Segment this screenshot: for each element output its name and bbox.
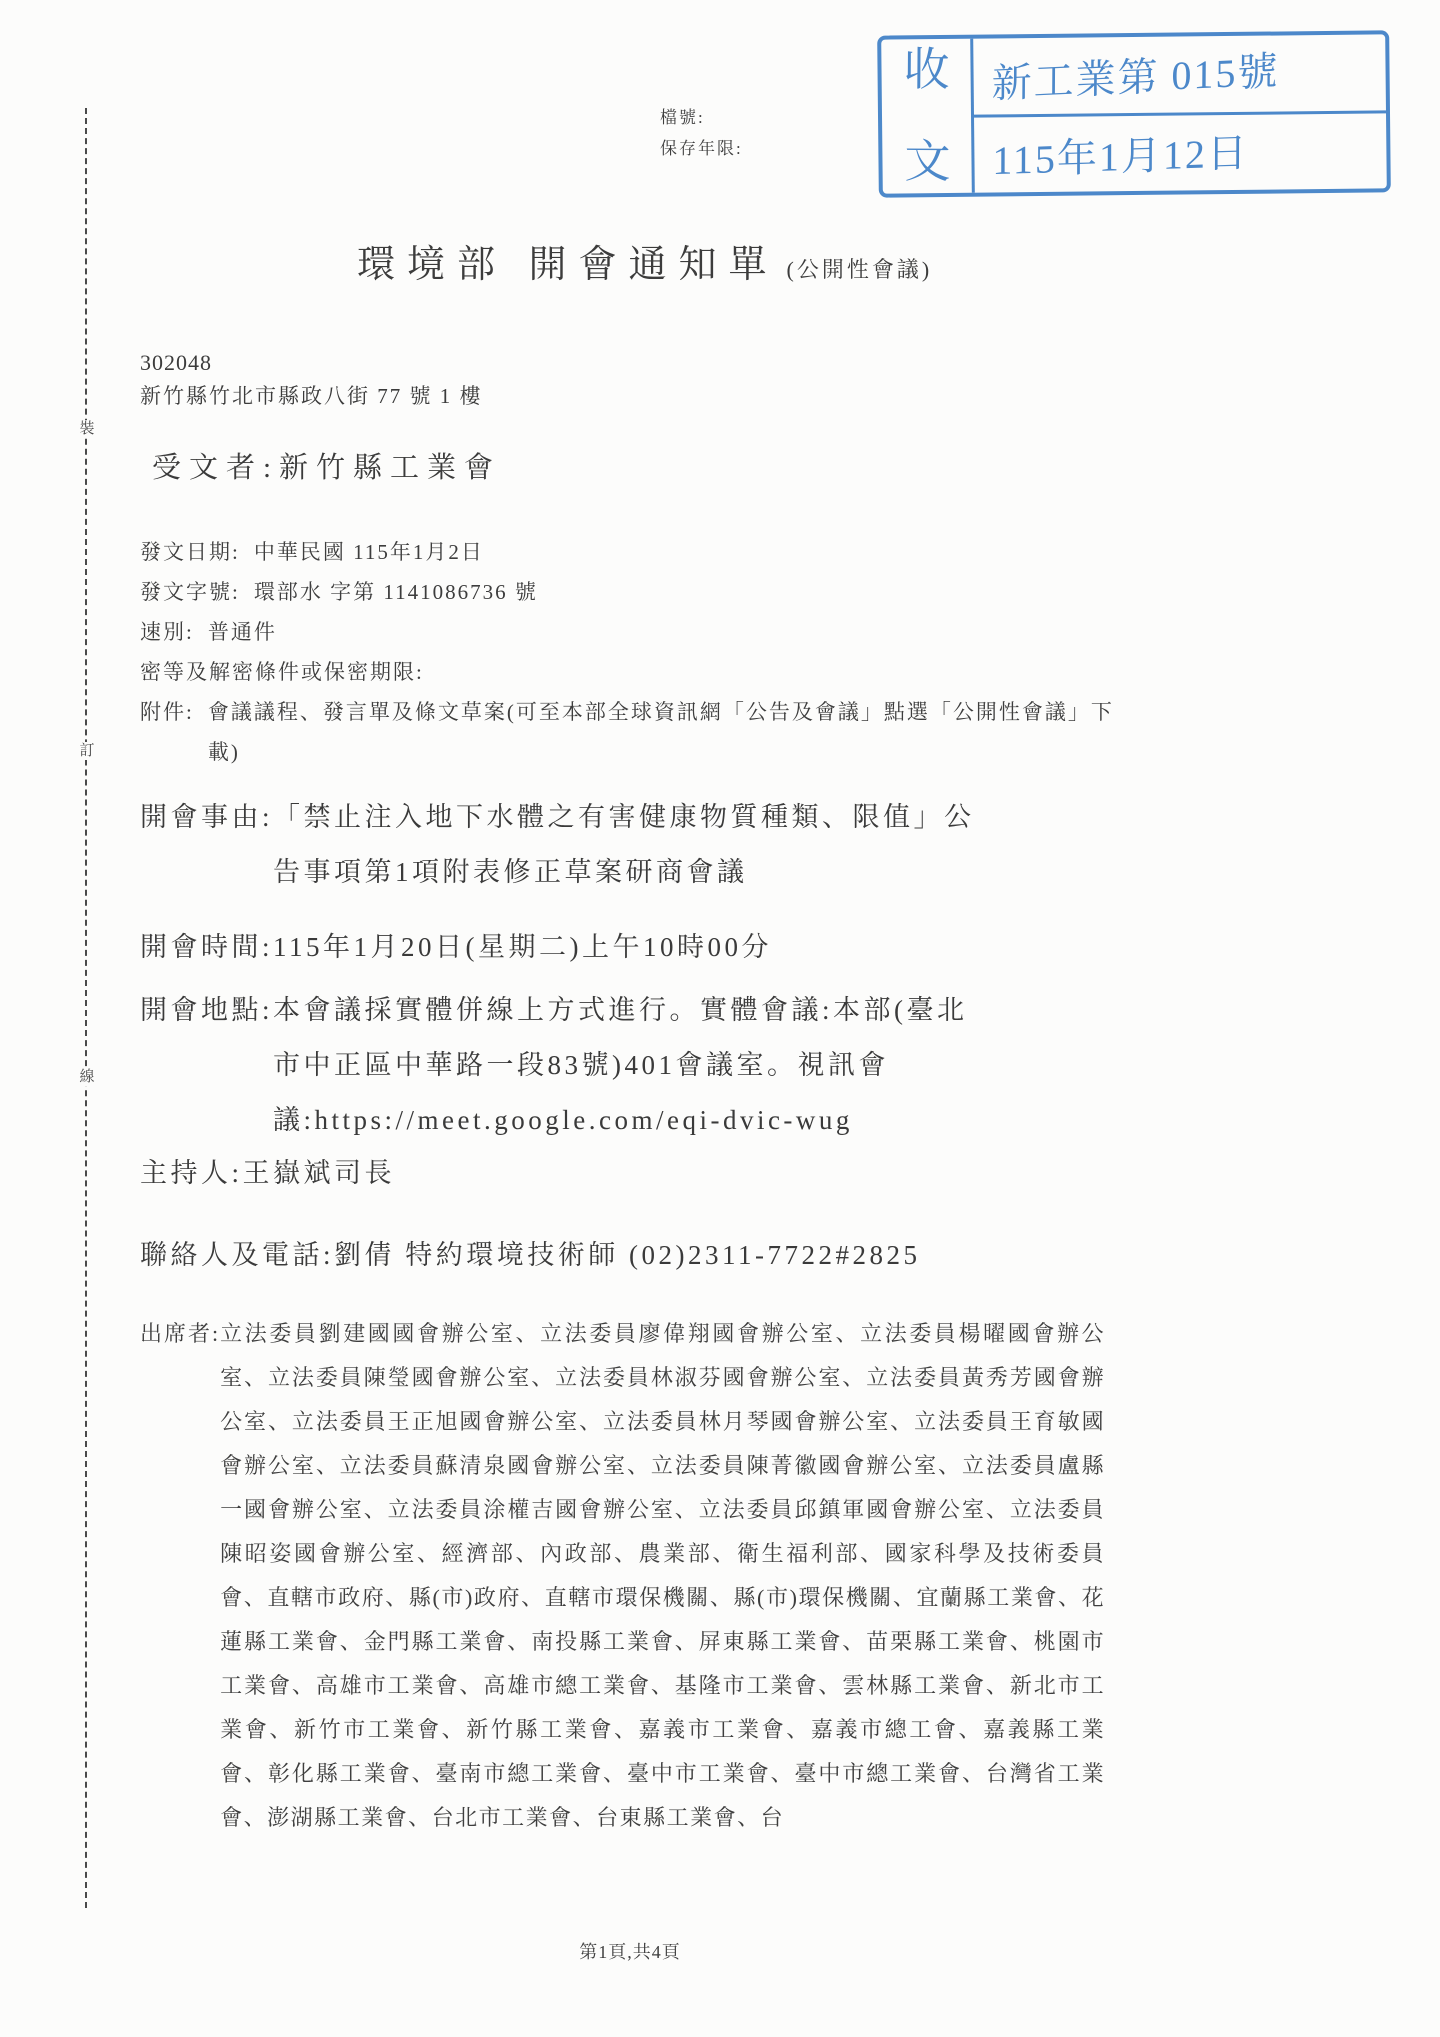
document-meta-block: 發文日期: 中華民國 115年1月2日 發文字號: 環部水 字第 1141086… <box>140 532 1220 772</box>
attendees-list: 立法委員劉建國國會辦公室、立法委員廖偉翔國會辦公室、立法委員楊曜國會辦公室、立法… <box>220 1312 1105 1840</box>
meeting-place-section: 開會地點: 本會議採實體併線上方式進行。實體會議:本部(臺北市中正區中華路一段8… <box>140 983 993 1148</box>
document-page: 裝 訂 線 收 文 新工業第 015號 115年1月12日 檔號: 保存年限: … <box>0 0 1440 2037</box>
meta-row-attachment: 附件: 會議議程、發言單及條文草案(可至本部全球資訊網「公告及會議」點選「公開性… <box>140 692 1220 772</box>
stamp-char-document: 文 <box>904 139 950 185</box>
page-number: 第1頁,共4頁 <box>470 1938 790 1964</box>
doc-number-label: 發文字號: <box>140 572 240 612</box>
postal-code: 302048 <box>140 350 212 376</box>
receive-stamp-label-column: 收 文 <box>881 39 975 194</box>
meeting-subject-section: 開會事由: 「禁止注入地下水體之有害健康物質種類、限值」公告事項第1項附表修正草… <box>140 790 993 900</box>
meeting-chair-value: 王嶽斌司長 <box>243 1150 396 1196</box>
meta-row-issue-date: 發文日期: 中華民國 115年1月2日 <box>140 532 1220 572</box>
receive-stamp-box: 收 文 新工業第 015號 115年1月12日 <box>877 30 1391 197</box>
issue-date-label: 發文日期: <box>140 532 240 572</box>
attachment-value: 會議議程、發言單及條文草案(可至本部全球資訊網「公告及會議」點選「公開性會議」下… <box>208 692 1123 772</box>
binding-mark-zhuang: 裝 <box>74 420 100 438</box>
document-title: 環境部 開會通知單 (公開性會議) <box>357 233 932 288</box>
meeting-place-label: 開會地點: <box>140 983 273 1148</box>
meta-row-speed: 速別: 普通件 <box>140 612 1220 652</box>
recipient-line: 受文者:新竹縣工業會 <box>152 445 501 486</box>
stamp-date-row: 115年1月12日 <box>974 113 1387 193</box>
meeting-subject-label: 開會事由: <box>140 790 273 900</box>
doc-number-value: 環部水 字第 1141086736 號 <box>254 572 538 612</box>
issue-date-value: 中華民國 115年1月2日 <box>254 532 484 572</box>
meeting-chair-label: 主持人: <box>140 1150 243 1196</box>
security-label: 密等及解密條件或保密期限: <box>140 652 424 692</box>
stamp-char-receive: 收 <box>903 47 949 93</box>
meeting-time-section: 開會時間: 115年1月20日(星期二)上午10時00分 <box>140 920 772 975</box>
attendees-section: 出席者: 立法委員劉建國國會辦公室、立法委員廖偉翔國會辦公室、立法委員楊曜國會辦… <box>140 1312 1105 1840</box>
attachment-label: 附件: <box>140 692 194 732</box>
stamp-number-row: 新工業第 015號 <box>973 34 1386 117</box>
meta-row-security: 密等及解密條件或保密期限: <box>140 652 1220 692</box>
contact-section: 聯絡人及電話: 劉倩 特約環境技術師 (02)2311-7722#2825 <box>140 1232 921 1278</box>
title-subtitle: (公開性會議) <box>787 257 933 282</box>
meeting-chair-section: 主持人: 王嶽斌司長 <box>140 1150 395 1196</box>
meta-row-doc-number: 發文字號: 環部水 字第 1141086736 號 <box>140 572 1220 612</box>
stamp-doc-number: 新工業第 015號 <box>992 40 1280 110</box>
meeting-subject-value: 「禁止注入地下水體之有害健康物質種類、限值」公告事項第1項附表修正草案研商會議 <box>273 790 993 900</box>
retention-period-label: 保存年限: <box>660 134 743 159</box>
meeting-time-label: 開會時間: <box>140 920 273 975</box>
binding-mark-ding: 訂 <box>74 742 100 760</box>
contact-label: 聯絡人及電話: <box>140 1232 334 1278</box>
meeting-place-value: 本會議採實體併線上方式進行。實體會議:本部(臺北市中正區中華路一段83號)401… <box>273 983 993 1148</box>
speed-label: 速別: <box>140 612 194 652</box>
speed-value: 普通件 <box>208 612 277 652</box>
attendees-label: 出席者: <box>140 1312 220 1840</box>
file-number-label: 檔號: <box>660 103 705 128</box>
contact-value: 劉倩 特約環境技術師 (02)2311-7722#2825 <box>334 1232 920 1278</box>
title-main: 環境部 開會通知單 <box>357 244 779 286</box>
binding-dashed-line <box>85 108 87 1908</box>
meeting-time-value: 115年1月20日(星期二)上午10時00分 <box>273 920 772 975</box>
recipient-address: 新竹縣竹北市縣政八街 77 號 1 樓 <box>140 380 483 410</box>
stamp-date: 115年1月12日 <box>992 121 1249 186</box>
binding-mark-xian: 線 <box>74 1068 100 1086</box>
receive-stamp-entries: 新工業第 015號 115年1月12日 <box>973 34 1387 192</box>
